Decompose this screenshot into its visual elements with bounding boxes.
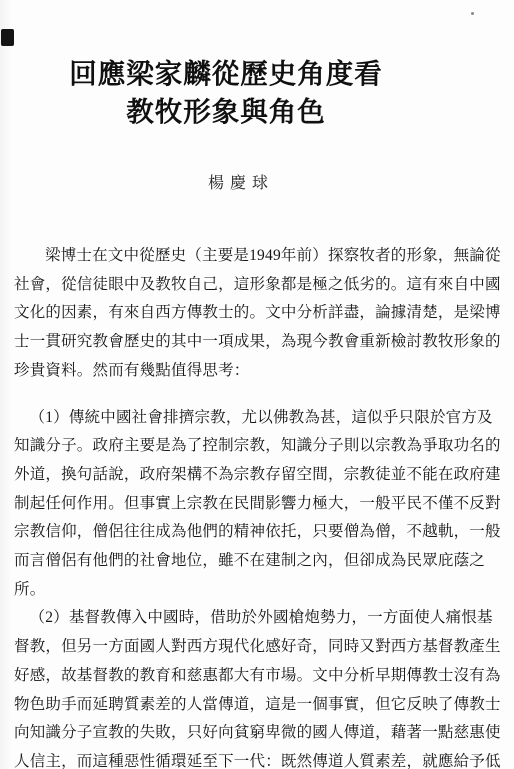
text-line: 督教，但另一方面國人對西方現代化感好奇，同時又對西方基督教產生 — [14, 633, 506, 662]
article-title-line-1: 回應梁家麟從歷史角度看 — [0, 55, 452, 93]
text-line: 梁博士在文中從歷史（主要是1949年前）探察牧者的形象，無論從 — [14, 242, 506, 271]
paragraph: （2）基督教傳入中國時，借助於外國槍炮勢力，一方面使人痛恨基督教，但另一方面國人… — [14, 604, 506, 769]
scan-corner-mark — [1, 29, 14, 46]
paragraph: 梁博士在文中從歷史（主要是1949年前）探察牧者的形象，無論從社會，從信徒眼中及… — [14, 242, 506, 386]
text-line: 人信主，而這種惡性循環延至下一代：既然傳道人質素差，就應給予低 — [14, 748, 506, 769]
text-line: 向知識分子宣教的失敗，只好向貧窮卑微的國人傳道，藉著一點慈惠使 — [14, 719, 506, 748]
text-line: 外道，換句話說，政府架構不為宗教存留空間，宗教徒並不能在政府建 — [14, 461, 506, 490]
text-line: 物色助手而延聘質素差的人當傳道，這是一個事實，但它反映了傳教士 — [14, 691, 506, 720]
text-line: （2）基督教傳入中國時，借助於外國槍炮勢力，一方面使人痛恨基 — [14, 604, 506, 633]
scan-speck — [471, 12, 474, 15]
article-title-line-2: 教牧形象與角色 — [0, 93, 452, 131]
article-title: 回應梁家麟從歷史角度看 教牧形象與角色 — [0, 55, 452, 131]
text-line: 而言僧侶有他們的社會地位，雖不在建制之內，但卻成為民眾庇蔭之 — [14, 547, 506, 576]
article-body: 梁博士在文中從歷史（主要是1949年前）探察牧者的形象，無論從社會，從信徒眼中及… — [14, 242, 506, 769]
text-line: 文化的因素，有來自西方傳教士的。文中分析詳盡，論據清楚，是梁博 — [14, 299, 506, 328]
paragraph: （1）傳統中國社會排擠宗教，尤以佛教為甚，這似乎只限於官方及知識分子。政府主要是… — [14, 404, 506, 605]
text-line: 珍貴資料。然而有幾點值得思考： — [14, 357, 506, 386]
scanned-document-page: 回應梁家麟從歷史角度看 教牧形象與角色 楊慶球 梁博士在文中從歷史（主要是194… — [0, 0, 514, 769]
text-line: 制起任何作用。但事實上宗教在民間影響力極大，一般平民不僅不反對 — [14, 490, 506, 519]
author-name: 楊慶球 — [0, 170, 482, 193]
text-line: 宗教信仰，僧侶往往成為他們的精神依托，只要僧為僧，不越軌，一般 — [14, 518, 506, 547]
text-line: 士一貫研究教會歷史的其中一項成果，為現今教會重新檢討教牧形象的 — [14, 328, 506, 357]
text-line: 知識分子。政府主要是為了控制宗教，知識分子則以宗教為爭取功名的 — [14, 432, 506, 461]
text-line: 好感，故基督教的教育和慈惠都大有市場。文中分析早期傳教士沒有為 — [14, 662, 506, 691]
text-line: （1）傳統中國社會排擠宗教，尤以佛教為甚，這似乎只限於官方及 — [14, 404, 506, 433]
text-line: 所。 — [14, 576, 506, 605]
text-line: 社會，從信徒眼中及教牧自己，這形象都是極之低劣的。這有來自中國 — [14, 271, 506, 300]
